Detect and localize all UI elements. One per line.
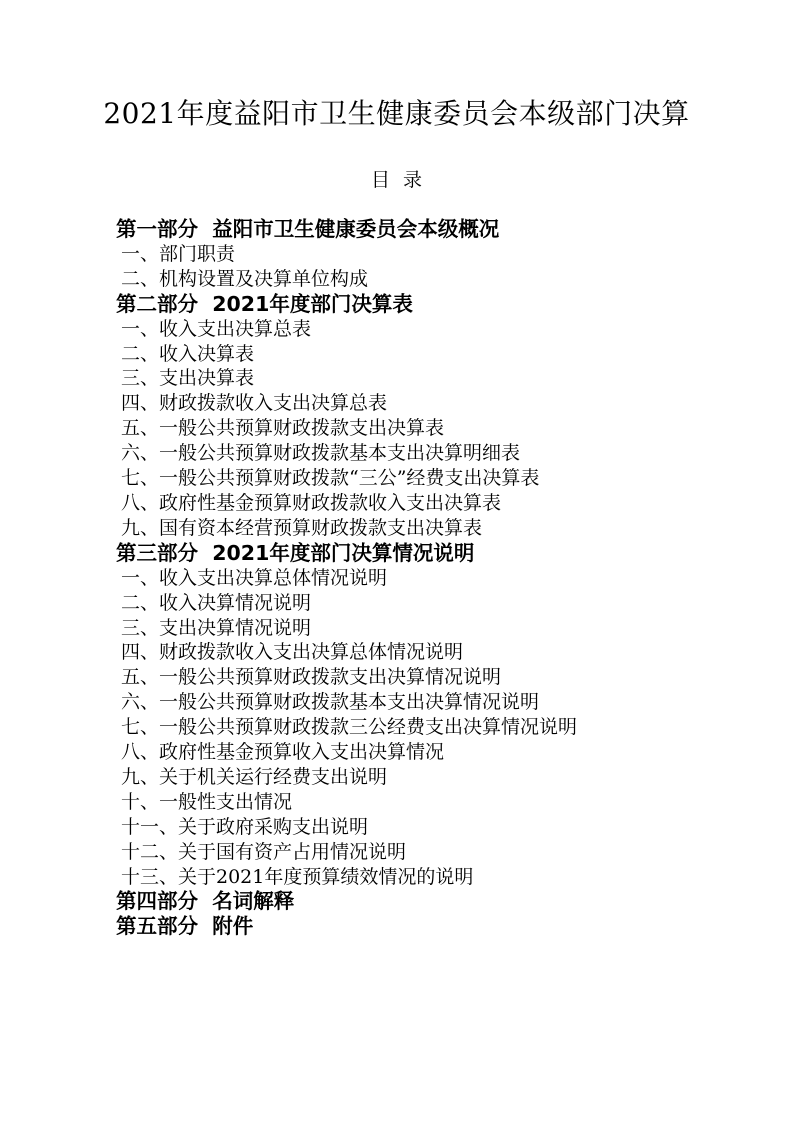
toc-item: 六、一般公共预算财政拨款基本支出决算明细表	[116, 441, 733, 466]
toc-section-5-heading: 第五部分 附件	[116, 914, 733, 939]
toc-section-2-heading: 第二部分 2021年度部门决算表	[116, 292, 733, 317]
toc-item: 十二、关于国有资产占用情况说明	[116, 840, 733, 865]
toc-item: 八、政府性基金预算财政拨款收入支出决算表	[116, 491, 733, 516]
toc-item: 四、财政拨款收入支出决算总体情况说明	[116, 640, 733, 665]
toc-item: 十三、关于2021年度预算绩效情况的说明	[116, 865, 733, 890]
toc-item: 二、收入决算表	[116, 342, 733, 367]
toc-item: 七、一般公共预算财政拨款“三公”经费支出决算表	[116, 466, 733, 491]
toc-item: 五、一般公共预算财政拨款支出决算表	[116, 416, 733, 441]
toc-section-3-heading: 第三部分 2021年度部门决算情况说明	[116, 541, 733, 566]
toc-item: 六、一般公共预算财政拨款基本支出决算情况说明	[116, 690, 733, 715]
toc-item: 五、一般公共预算财政拨款支出决算情况说明	[116, 665, 733, 690]
toc-item: 一、收入支出决算总体情况说明	[116, 566, 733, 591]
toc-item: 三、支出决算情况说明	[116, 616, 733, 641]
table-of-contents: 第一部分 益阳市卫生健康委员会本级概况 一、部门职责 二、机构设置及决算单位构成…	[116, 217, 733, 939]
toc-item: 四、财政拨款收入支出决算总表	[116, 391, 733, 416]
toc-item: 一、收入支出决算总表	[116, 317, 733, 342]
toc-item: 十、一般性支出情况	[116, 790, 733, 815]
toc-heading: 目 录	[0, 168, 793, 192]
toc-item: 九、国有资本经营预算财政拨款支出决算表	[116, 516, 733, 541]
document-title: 2021年度益阳市卫生健康委员会本级部门决算	[0, 0, 793, 132]
toc-item: 十一、关于政府采购支出说明	[116, 815, 733, 840]
toc-item: 三、支出决算表	[116, 366, 733, 391]
toc-item: 九、关于机关运行经费支出说明	[116, 765, 733, 790]
document-page: 2021年度益阳市卫生健康委员会本级部门决算 目 录 第一部分 益阳市卫生健康委…	[0, 0, 793, 1122]
toc-item: 七、一般公共预算财政拨款三公经费支出决算情况说明	[116, 715, 733, 740]
toc-item: 八、政府性基金预算收入支出决算情况	[116, 740, 733, 765]
toc-item: 一、部门职责	[116, 242, 733, 267]
toc-section-1-heading: 第一部分 益阳市卫生健康委员会本级概况	[116, 217, 733, 242]
toc-item: 二、机构设置及决算单位构成	[116, 267, 733, 292]
toc-item: 二、收入决算情况说明	[116, 591, 733, 616]
toc-section-4-heading: 第四部分 名词解释	[116, 889, 733, 914]
